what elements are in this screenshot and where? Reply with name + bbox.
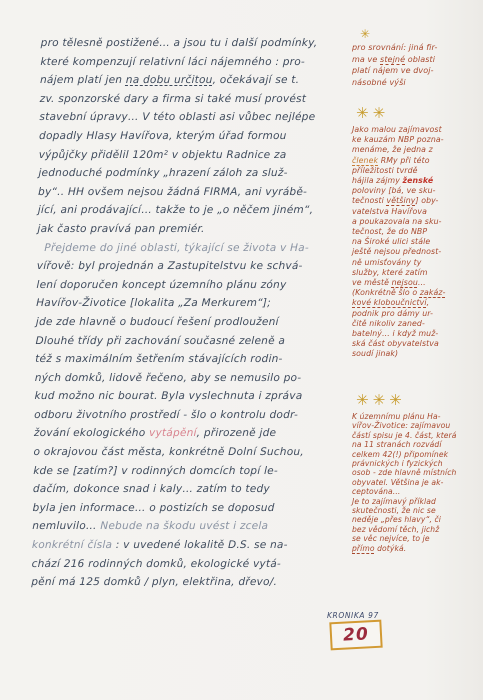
text-line: byla jen informace… o postizích se dopos…: [32, 499, 342, 518]
text-segment: ve městě: [352, 278, 392, 287]
text-segment: nejsou: [392, 278, 418, 287]
text-segment: částí spisu je 4. část, která: [352, 431, 457, 440]
text-line: batelný… i když muž-: [352, 329, 478, 339]
text-segment: ceptována…: [352, 487, 401, 496]
text-line: Dlouhé třídy při zachování současné zele…: [35, 332, 345, 351]
text-segment: vířově: byl projednán a Zastupitelstvu k…: [37, 260, 303, 272]
text-line: na 11 stranách rozvádí: [352, 440, 480, 449]
text-line: Přejdeme do jiné oblasti, týkající se ži…: [37, 239, 347, 258]
text-line: čitě nikoliv zaned-: [352, 319, 478, 329]
stars-icon: ✳✳: [356, 106, 478, 121]
text-segment: ně umisťovány ty: [352, 258, 422, 267]
text-segment: ská část obyvatelstva: [352, 339, 439, 348]
text-line: ská část obyvatelstva: [352, 339, 478, 349]
text-segment: chází 216 rodinných domků, ekologické vy…: [32, 558, 282, 570]
text-segment: : v uvedené lokalitě D.S. se na-: [112, 539, 288, 551]
text-segment: nájem platí jen: [40, 74, 126, 86]
text-segment: neděje „přes hlavy“, či: [352, 515, 441, 524]
text-line: K územnímu plánu Ha-: [352, 412, 480, 421]
text-segment: obyvatel. Většina je ak-: [352, 478, 443, 487]
text-line: o okrajovou část města, konkrétně Dolní …: [33, 443, 343, 462]
text-segment: jednoduché podmínky „hrazení záloh za sl…: [38, 167, 287, 179]
text-segment: odboru životního prostředí - šlo o kontr…: [34, 409, 298, 421]
text-line: žování ekologického vytápění, přirozeně …: [34, 424, 344, 443]
text-line: podnik pro dámy ur-: [352, 309, 478, 319]
margin-note-1: ✳ pro srovnání: jiná fir-ma ve stejné ob…: [352, 28, 478, 88]
text-segment: bez vědomí těch, jichž: [352, 525, 439, 534]
text-line: Je to zajímavý příklad: [352, 497, 480, 506]
text-segment: celkem 42(!) připomínek: [352, 450, 448, 459]
text-segment: kud možno nic bourat. Byla vyslechnuta i…: [34, 390, 302, 402]
text-segment: tečnosti: [352, 196, 387, 205]
text-segment: čitě nikoliv zaned-: [352, 319, 425, 328]
text-segment: příležitosti tvrdě: [352, 166, 418, 175]
text-segment: vířov-Životice: zajímavou: [352, 421, 450, 430]
text-segment: stejné: [380, 55, 405, 64]
page-number: 20: [343, 626, 370, 644]
text-line: jak často pravívá pan premiér.: [37, 220, 347, 239]
text-line: obyvatel. Většina je ak-: [352, 478, 480, 487]
text-segment: ma ve: [352, 55, 380, 64]
text-line: bez vědomí těch, jichž: [352, 525, 480, 534]
text-segment: (Konkrétně šlo o: [352, 288, 420, 297]
chronicle-page: pro tělesně postižené… a jsou tu i další…: [0, 0, 483, 700]
text-line: výpůjčky přidělil 120m² v objektu Radnic…: [39, 146, 349, 165]
text-segment: oblasti: [405, 55, 435, 64]
text-line: nemluvilo… Nebude na škodu uvést i zcela: [32, 517, 342, 536]
note-2-text: Jako malou zajímavostke kauzám NBP pozna…: [352, 125, 478, 360]
text-line: tečnosti většiny] oby-: [352, 196, 478, 206]
text-segment: vatelstva Havířova: [352, 207, 427, 216]
text-line: pění má 125 domků / plyn, elektřina, dře…: [31, 573, 341, 592]
text-segment: právnických i fyzických: [352, 459, 443, 468]
text-segment: Havířov-Životice [lokalita „Za Merkurem“…: [36, 297, 271, 309]
text-segment: zv. sponzorské dary a firma si také musí…: [40, 93, 307, 105]
text-line: nájem platí jen na dobu určitou, očekáva…: [40, 71, 350, 90]
text-segment: jde zde hlavně o budoucí řešení prodlouž…: [36, 316, 279, 328]
text-segment: zakáz-: [420, 288, 446, 297]
text-line: ceptována…: [352, 487, 480, 496]
text-line: jde zde hlavně o budoucí řešení prodlouž…: [36, 313, 346, 332]
text-segment: dotýká.: [375, 544, 407, 553]
text-segment: výpůjčky přidělil 120m² v objektu Radnic…: [39, 149, 287, 161]
text-segment: dopadly Hlasy Havířova, kterým úřad form…: [39, 130, 287, 142]
text-line: ných domků, lidově řečeno, aby se nemusi…: [35, 369, 345, 388]
text-line: vířov-Životice: zajímavou: [352, 421, 480, 430]
main-text: pro tělesně postižené… a jsou tu i další…: [31, 34, 351, 592]
text-line: stavební úpravy… V této oblasti asi vůbe…: [39, 108, 349, 127]
text-segment: služby, které zatím: [352, 268, 428, 277]
text-segment: se věc nejvíce, to je: [352, 534, 430, 543]
text-line: vatelstva Havířova: [352, 207, 478, 217]
text-segment: na Široké ulici stále: [352, 237, 430, 246]
text-segment: Dlouhé třídy při zachování současné zele…: [35, 335, 285, 347]
text-segment: jící, ani prodávající… takže to je „o ně…: [38, 204, 314, 216]
text-segment: konkrétní čísla: [32, 539, 113, 551]
text-segment: pění má 125 domků / plyn, elektřina, dře…: [31, 576, 277, 588]
text-segment: násobné výši: [352, 78, 406, 87]
text-line: odboru životního prostředí - šlo o kontr…: [34, 406, 344, 425]
text-line: Havířov-Životice [lokalita „Za Merkurem“…: [36, 294, 346, 313]
text-segment: lení doporučen koncept územního plánu zó…: [36, 279, 286, 291]
text-line: a poukazovala na sku-: [352, 217, 478, 227]
text-line: služby, které zatím: [352, 268, 478, 278]
text-line: lení doporučen koncept územního plánu zó…: [36, 276, 346, 295]
text-line: skutečnosti, že nic se: [352, 506, 480, 515]
text-line: Jako malou zajímavost: [352, 125, 478, 135]
text-segment: Jako malou zajímavost: [352, 125, 442, 134]
text-line: platí nájem ve dvoj-: [352, 65, 478, 77]
text-segment: ] oby-: [415, 196, 438, 205]
text-line: poloviny [bá, ve sku-: [352, 186, 478, 196]
text-segment: Je to zajímavý příklad: [352, 497, 436, 506]
text-segment: pro tělesně postižené… a jsou tu i další…: [41, 37, 318, 49]
text-line: pro tělesně postižené… a jsou tu i další…: [41, 34, 351, 53]
note-1-text: pro srovnání: jiná fir-ma ve stejné obla…: [352, 42, 478, 88]
text-line: tečnost, že do NBP: [352, 227, 478, 237]
text-line: ně umisťovány ty: [352, 258, 478, 268]
text-segment: osob - zde hlavně místních: [352, 468, 456, 477]
text-segment: platí nájem ve dvoj-: [352, 66, 434, 75]
text-line: ještě nejsou přednost-: [352, 247, 478, 257]
text-segment: kové kloboučnictví: [352, 298, 427, 307]
text-line: osob - zde hlavně místních: [352, 468, 480, 477]
text-line: by“.. HH ovšem nejsou žádná FIRMA, ani v…: [38, 183, 348, 202]
text-line: menáme, že jedna z: [352, 145, 478, 155]
text-segment: batelný… i když muž-: [352, 329, 438, 338]
text-line: právnických i fyzických: [352, 459, 480, 468]
text-line: vířově: byl projednán a Zastupitelstvu k…: [37, 257, 347, 276]
stars-icon: ✳✳✳: [356, 393, 480, 408]
text-segment: tečnost, že do NBP: [352, 227, 427, 236]
stars-icon: ✳: [360, 28, 478, 40]
text-segment: stavební úpravy… V této oblasti asi vůbe…: [39, 111, 315, 123]
note-3-text: K územnímu plánu Ha-vířov-Životice: zají…: [352, 412, 480, 553]
text-segment: na 11 stranách rozvádí: [352, 440, 442, 449]
text-segment: ných domků, lidově řečeno, aby se nemusi…: [35, 372, 302, 384]
text-segment: podnik pro dámy ur-: [352, 309, 433, 318]
text-line: kde se [zatím?] v rodinných domcích topí…: [33, 462, 343, 481]
text-segment: členek: [352, 156, 378, 166]
text-segment: které kompenzují relativní láci nájemnéh…: [40, 56, 305, 68]
text-segment: vytápění: [149, 427, 197, 439]
text-line: ke kauzám NBP pozna-: [352, 135, 478, 145]
text-line: zv. sponzorské dary a firma si také musí…: [40, 90, 350, 109]
text-segment: , přirozeně jde: [197, 427, 277, 439]
text-line: na Široké ulici stále: [352, 237, 478, 247]
text-segment: Nebude na škodu uvést i zcela: [100, 520, 268, 532]
text-segment: dačím, dokonce snad i kaly… zatím to ted…: [33, 483, 270, 495]
text-segment: většiny: [387, 196, 416, 205]
text-line: dopadly Hlasy Havířova, kterým úřad form…: [39, 127, 349, 146]
text-segment: ještě nejsou přednost-: [352, 247, 441, 256]
text-line: se věc nejvíce, to je: [352, 534, 480, 543]
text-line: pro srovnání: jiná fir-: [352, 42, 478, 54]
chronicle-label: KRONIKA 97: [327, 611, 379, 620]
text-line: dačím, dokonce snad i kaly… zatím to ted…: [33, 480, 343, 499]
text-segment: žování ekologického: [34, 427, 149, 439]
text-segment: , očekávají se t.: [213, 74, 300, 86]
text-line: neděje „přes hlavy“, či: [352, 515, 480, 524]
text-line: celkem 42(!) připomínek: [352, 450, 480, 459]
text-segment: nemluvilo…: [32, 520, 100, 532]
margin-note-3: ✳✳✳ K územnímu plánu Ha-vířov-Životice: …: [352, 393, 480, 553]
text-segment: jak často pravívá pan premiér.: [37, 223, 204, 235]
text-segment: ke kauzám NBP pozna-: [352, 135, 444, 144]
text-line: které kompenzují relativní láci nájemnéh…: [40, 53, 350, 72]
text-line: soudí jinak): [352, 349, 478, 359]
text-segment: Přejdeme do jiné oblasti, týkající se ži…: [37, 242, 309, 254]
text-segment: přímo: [352, 544, 375, 553]
text-line: hájila zájmy ženské: [352, 176, 478, 186]
text-line: jednoduché podmínky „hrazení záloh za sl…: [38, 164, 348, 183]
text-segment: byla jen informace… o postizích se dopos…: [32, 502, 274, 514]
text-segment: soudí jinak): [352, 349, 398, 358]
text-line: chází 216 rodinných domků, ekologické vy…: [31, 555, 341, 574]
text-segment: hájila zájmy: [352, 176, 403, 185]
text-line: též s maximálním šetřením stávajících ro…: [35, 350, 345, 369]
text-segment: kde se [zatím?] v rodinných domcích topí…: [33, 465, 278, 477]
text-line: kud možno nic bourat. Byla vyslechnuta i…: [34, 387, 344, 406]
margin-note-2: ✳✳ Jako malou zajímavostke kauzám NBP po…: [352, 106, 478, 360]
text-segment: …: [418, 278, 426, 287]
text-segment: by“.. HH ovšem nejsou žádná FIRMA, ani v…: [38, 186, 307, 198]
text-line: konkrétní čísla : v uvedené lokalitě D.S…: [32, 536, 342, 555]
text-segment: a poukazovala na sku-: [352, 217, 442, 226]
text-line: kové kloboučnictví,: [352, 298, 478, 308]
text-line: příležitosti tvrdě: [352, 166, 478, 176]
text-segment: o okrajovou část města, konkrétně Dolní …: [33, 446, 304, 458]
text-segment: ,: [427, 298, 430, 307]
text-segment: poloviny [bá, ve sku-: [352, 186, 436, 195]
text-segment: na dobu určitou: [126, 74, 213, 86]
text-line: částí spisu je 4. část, která: [352, 431, 480, 440]
text-line: ve městě nejsou…: [352, 278, 478, 288]
text-line: členek RMy při této: [352, 156, 478, 166]
text-segment: K územnímu plánu Ha-: [352, 412, 441, 421]
page-number-box: 20: [329, 620, 382, 651]
text-line: jící, ani prodávající… takže to je „o ně…: [38, 201, 348, 220]
text-line: (Konkrétně šlo o zakáz-: [352, 288, 478, 298]
text-segment: skutečnosti, že nic se: [352, 506, 436, 515]
text-segment: menáme, že jedna z: [352, 145, 433, 154]
text-line: přímo dotýká.: [352, 544, 480, 553]
text-line: násobné výši: [352, 77, 478, 89]
text-segment: pro srovnání: jiná fir-: [352, 43, 437, 52]
text-segment: též s maximálním šetřením stávajících ro…: [35, 353, 283, 365]
text-line: ma ve stejné oblasti: [352, 54, 478, 66]
text-segment: RMy při této: [378, 156, 430, 165]
text-segment: ženské: [403, 176, 434, 185]
